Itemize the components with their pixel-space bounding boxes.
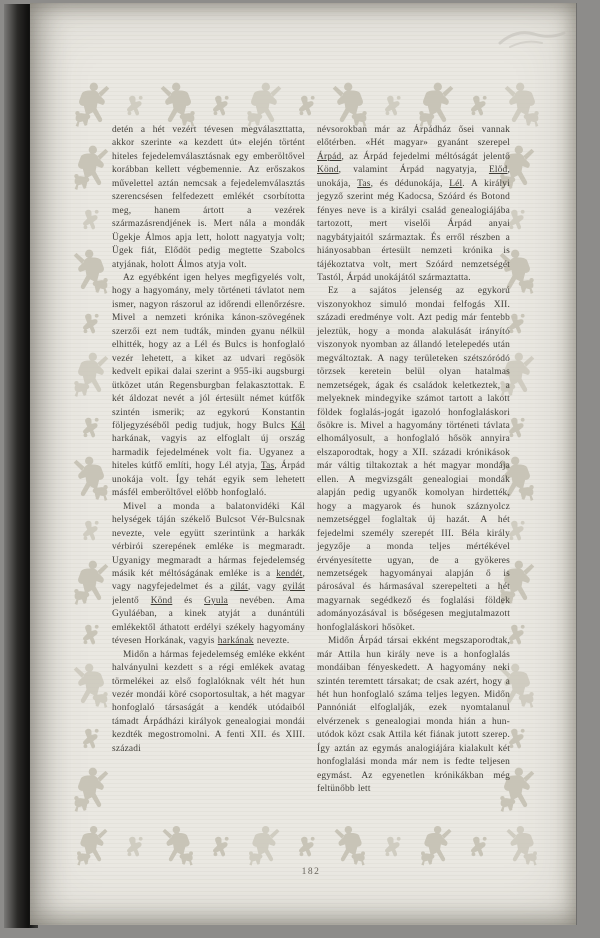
animal-pair-motif [508, 519, 527, 542]
underlined-term: Tas [261, 461, 274, 471]
animal-pair-motif [82, 519, 101, 542]
underlined-term: Könd [317, 165, 339, 175]
hunter-with-animal-silhouette [244, 80, 284, 130]
hunter-with-animal-silhouette [71, 454, 111, 504]
underlined-term: Árpád [317, 152, 341, 162]
underlined-term: Lél [449, 179, 462, 189]
animal-pair-motif [384, 835, 403, 858]
hunter-with-animal-silhouette [71, 350, 111, 400]
pencil-mark [496, 21, 568, 53]
paragraph: Mivel a monda a balatonvidéki Kál helysé… [112, 501, 305, 649]
underlined-term: Könd [151, 596, 173, 606]
underlined-term: gyilát [282, 582, 305, 592]
ornament-border-left [68, 143, 114, 815]
animal-pair-motif [82, 416, 101, 439]
underlined-term: kendét [276, 569, 302, 579]
paragraph: detén a hét vezért tévesen megválaszttat… [112, 124, 305, 272]
ornament-border-bottom [72, 823, 542, 869]
animal-pair-motif [212, 94, 231, 117]
animal-pair-motif [384, 94, 403, 117]
hunter-with-animal-silhouette [71, 143, 111, 193]
underlined-term: gilát [230, 582, 248, 592]
underlined-term: Tas [357, 179, 370, 189]
animal-pair-motif [82, 727, 101, 750]
paragraph: Midőn a hármas fejedelemség emléke ekkén… [112, 649, 305, 757]
hunter-with-animal-silhouette [71, 765, 111, 815]
hunter-with-animal-silhouette [71, 247, 111, 297]
hunter-with-animal-silhouette [416, 824, 456, 868]
paragraph: Az egyébként igen helyes megfigyelés vol… [112, 272, 305, 501]
hunter-with-animal-silhouette [416, 80, 456, 130]
hunter-with-animal-silhouette [72, 80, 112, 130]
text-block: detén a hét vezért tévesen megválaszttat… [112, 124, 510, 822]
animal-pair-motif [508, 623, 527, 646]
scanned-book-photo: detén a hét vezért tévesen megválaszttat… [0, 0, 600, 938]
animal-pair-motif [298, 94, 317, 117]
column-left: detén a hét vezért tévesen megválaszttat… [112, 124, 305, 822]
hunter-with-animal-silhouette [71, 661, 111, 711]
hunter-with-animal-silhouette [158, 80, 198, 130]
underlined-term: Gyula [204, 596, 228, 606]
animal-pair-motif [508, 208, 527, 231]
hunter-with-animal-silhouette [71, 558, 111, 608]
underlined-term: Előd [489, 165, 508, 175]
animal-pair-motif [470, 94, 489, 117]
paragraph: Ez a sajátos jelenség az egykorú viszony… [317, 285, 510, 635]
animal-pair-motif [126, 835, 145, 858]
column-right: névsorokban már az Árpádház ősei vannak … [317, 124, 510, 822]
animal-pair-motif [82, 623, 101, 646]
hunter-with-animal-silhouette [330, 824, 370, 868]
hunter-with-animal-silhouette [244, 824, 284, 868]
paragraph: Midőn Árpád társai ekként megszaporodtak… [317, 635, 510, 796]
hunter-with-animal-silhouette [502, 80, 542, 130]
animal-pair-motif [470, 835, 489, 858]
animal-pair-motif [126, 94, 145, 117]
paragraph: névsorokban már az Árpádház ősei vannak … [317, 124, 510, 285]
animal-pair-motif [82, 312, 101, 335]
hunter-with-animal-silhouette [502, 824, 542, 868]
underlined-term: harkának [218, 636, 254, 646]
animal-pair-motif [82, 208, 101, 231]
animal-pair-motif [508, 416, 527, 439]
animal-pair-motif [508, 727, 527, 750]
hunter-with-animal-silhouette [72, 824, 112, 868]
animal-pair-motif [298, 835, 317, 858]
animal-pair-motif [508, 312, 527, 335]
book-page: detén a hét vezért tévesen megválaszttat… [30, 3, 577, 925]
underlined-term: Kál [291, 421, 305, 431]
hunter-with-animal-silhouette [158, 824, 198, 868]
hunter-with-animal-silhouette [330, 80, 370, 130]
animal-pair-motif [212, 835, 231, 858]
page-number: 182 [112, 867, 510, 877]
